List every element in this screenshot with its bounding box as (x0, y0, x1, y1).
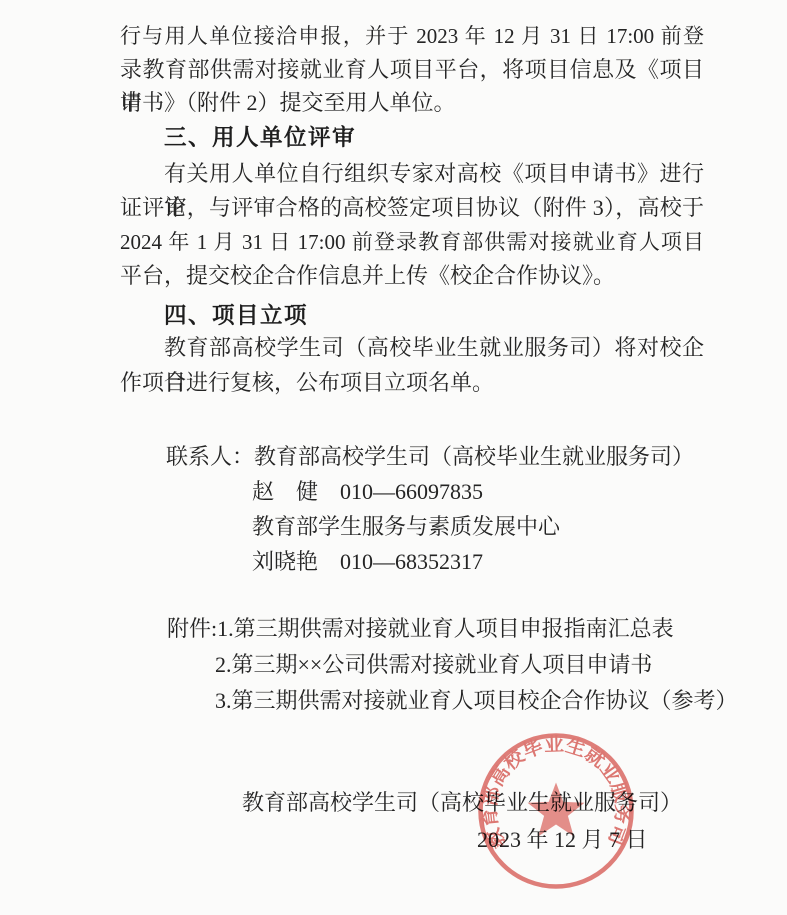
attachment-item: 2.第三期××公司供需对接就业育人项目申请书 (167, 647, 738, 683)
attachment-line: 附件: 1.第三期供需对接就业育人项目申报指南汇总表 (167, 611, 738, 647)
text-line: 平台，提交校企合作信息并上传《校企合作协议》。 (120, 259, 704, 293)
attachment-item: 1.第三期供需对接就业育人项目申报指南汇总表 (217, 611, 674, 647)
section-heading-3: 三、用人单位评审 (164, 120, 356, 152)
text-line: 作项目进行复核，公布项目立项名单。 (120, 365, 704, 400)
text-line: 请书》（附件 2）提交至用人单位。 (120, 86, 704, 119)
paragraph-approval: 教育部高校学生司（高校毕业生就业服务司）将对校企合 作项目进行复核，公布项目立项… (120, 330, 704, 400)
text-line: 证评审，与评审合格的高校签定项目协议（附件 3），高校于 (120, 191, 704, 225)
paragraph-review: 有关用人单位自行组织专家对高校《项目申请书》进行论 证评审，与评审合格的高校签定… (120, 157, 704, 293)
attachments-label: 附件: (167, 611, 217, 647)
document-page: 行与用人单位接洽申报，并于 2023 年 12 月 31 日 17:00 前登 … (0, 0, 787, 915)
attachment-item: 3.第三期供需对接就业育人项目校企合作协议（参考） (167, 683, 738, 719)
contact-line: 刘晓艳 010—68352317 (166, 544, 694, 579)
contact-block: 联系人：教育部高校学生司（高校毕业生就业服务司） 赵 健 010—6609783… (166, 439, 694, 579)
text-line: 教育部高校学生司（高校毕业生就业服务司）将对校企合 (120, 330, 704, 365)
contact-line: 教育部学生服务与素质发展中心 (166, 509, 694, 544)
text-line: 行与用人单位接洽申报，并于 2023 年 12 月 31 日 17:00 前登 (120, 20, 704, 53)
attachments-block: 附件: 1.第三期供需对接就业育人项目申报指南汇总表 2.第三期××公司供需对接… (167, 611, 738, 719)
text-line: 录教育部供需对接就业育人项目平台，将项目信息及《项目申 (120, 53, 704, 86)
contact-line: 赵 健 010—66097835 (166, 474, 694, 509)
star-icon (528, 783, 585, 837)
official-seal: 教育部高校毕业生就业服务司 (476, 731, 636, 891)
text-line: 2024 年 1 月 31 日 17:00 前登录教育部供需对接就业育人项目 (120, 225, 704, 259)
section-heading-4: 四、项目立项 (164, 298, 308, 330)
paragraph-application: 行与用人单位接洽申报，并于 2023 年 12 月 31 日 17:00 前登 … (120, 20, 704, 119)
text-line: 有关用人单位自行组织专家对高校《项目申请书》进行论 (120, 157, 704, 191)
contact-line: 联系人：教育部高校学生司（高校毕业生就业服务司） (166, 439, 694, 474)
